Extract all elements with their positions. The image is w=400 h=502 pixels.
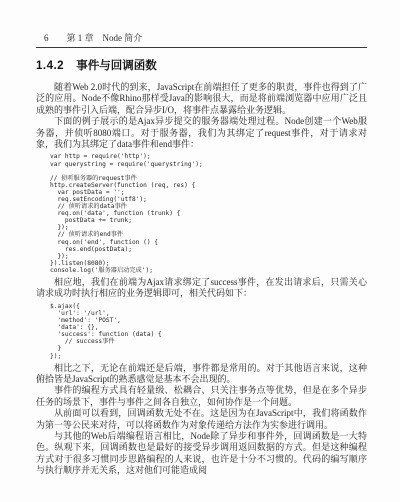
paragraph-comparison: 相比之下，无论在前端还是后端，事件都是常用的。对于其他语言来说，这种俯拾皆是Ja… (36, 363, 367, 386)
code-block-server: var http = require('http'); var querystr… (50, 153, 367, 274)
paragraph-callback-everywhere: 从前面可以看到，回调函数无处不在。这是因为在JavaScript中，我们将函数作… (36, 408, 367, 431)
chapter-label: 第 1 章 (67, 33, 94, 44)
header-rule (36, 47, 367, 48)
code-block-ajax: $.ajax({ 'url': '/url', 'method': 'POST'… (50, 303, 367, 360)
page-header: 6 第 1 章 Node 简介 (36, 33, 367, 44)
paragraph-success-event: 相应地，我们在前端为Ajax请求绑定了success事件，在发出请求后，只需关心… (36, 277, 367, 300)
chapter-title: Node 简介 (103, 33, 143, 44)
page-number: 6 (44, 33, 49, 44)
paragraph-ajax-example-intro: 下面的例子展示的是Ajax异步提交的服务器端处理过程。Node创建一个Web服务… (36, 116, 367, 150)
section-number: 1.4.2 (36, 60, 64, 72)
section-heading: 1.4.2 事件与回调函数 (36, 60, 367, 73)
section-title: 事件与回调函数 (76, 60, 157, 72)
paragraph-intro-events: 随着Web 2.0时代的到来，JavaScript在前端担任了更多的职责，事件也… (36, 82, 367, 116)
book-page: 6 第 1 章 Node 简介 1.4.2 事件与回调函数 随着Web 2.0时… (0, 0, 400, 502)
paragraph-callback-feature: 与其他的Web后端编程语言相比，Node除了异步和事件外，回调函数是一大特色。纵… (36, 431, 367, 477)
paragraph-event-advantages: 事件的编程方式具有轻量级、松耦合、只关注事务点等优势，但是在多个异步任务的场景下… (36, 385, 367, 408)
